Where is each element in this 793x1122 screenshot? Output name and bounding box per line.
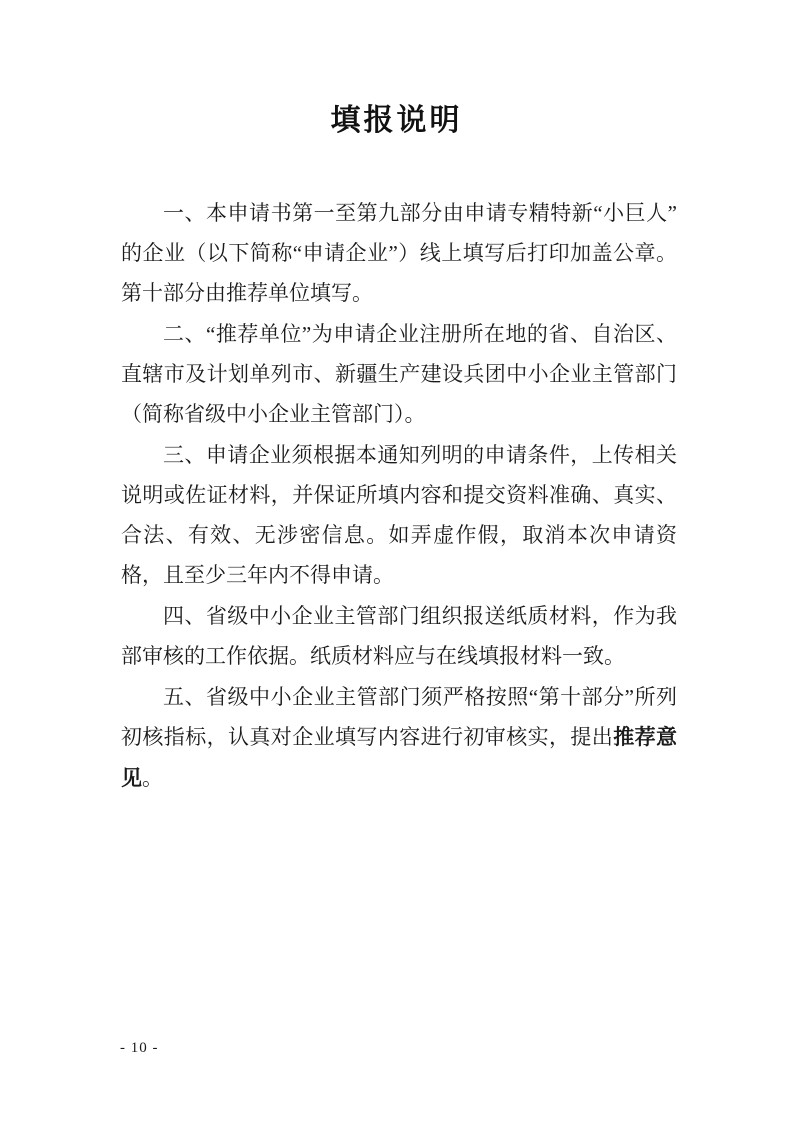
page-number: - 10 -	[120, 1040, 159, 1057]
document-page: 填报说明 一、本申请书第一至第九部分由申请专精特新“小巨人”的企业（以下简称“申…	[0, 0, 793, 1122]
paragraph-4: 四、省级中小企业主管部门组织报送纸质材料，作为我部审核的工作依据。纸质材料应与在…	[121, 596, 677, 677]
paragraph-2: 二、“推荐单位”为申请企业注册所在地的省、自治区、直辖市及计划单列市、新疆生产建…	[121, 314, 677, 435]
paragraph-1: 一、本申请书第一至第九部分由申请专精特新“小巨人”的企业（以下简称“申请企业”）…	[121, 193, 677, 314]
paragraph-2-text: 二、“推荐单位”为申请企业注册所在地的省、自治区、直辖市及计划单列市、新疆生产建…	[121, 322, 677, 426]
document-body: 一、本申请书第一至第九部分由申请专精特新“小巨人”的企业（以下简称“申请企业”）…	[121, 193, 677, 799]
paragraph-3-text: 三、申请企业须根据本通知列明的申请条件，上传相关说明或佐证材料，并保证所填内容和…	[121, 443, 677, 587]
paragraph-5-tail: 。	[142, 766, 163, 790]
paragraph-1-text: 一、本申请书第一至第九部分由申请专精特新“小巨人”的企业（以下简称“申请企业”）…	[121, 201, 677, 305]
paragraph-4-text: 四、省级中小企业主管部门组织报送纸质材料，作为我部审核的工作依据。纸质材料应与在…	[121, 604, 677, 668]
page-title: 填报说明	[0, 95, 793, 139]
paragraph-3: 三、申请企业须根据本通知列明的申请条件，上传相关说明或佐证材料，并保证所填内容和…	[121, 435, 677, 596]
paragraph-5: 五、省级中小企业主管部门须严格按照“第十部分”所列初核指标，认真对企业填写内容进…	[121, 677, 677, 799]
paragraph-5-text: 五、省级中小企业主管部门须严格按照“第十部分”所列初核指标，认真对企业填写内容进…	[121, 685, 677, 749]
